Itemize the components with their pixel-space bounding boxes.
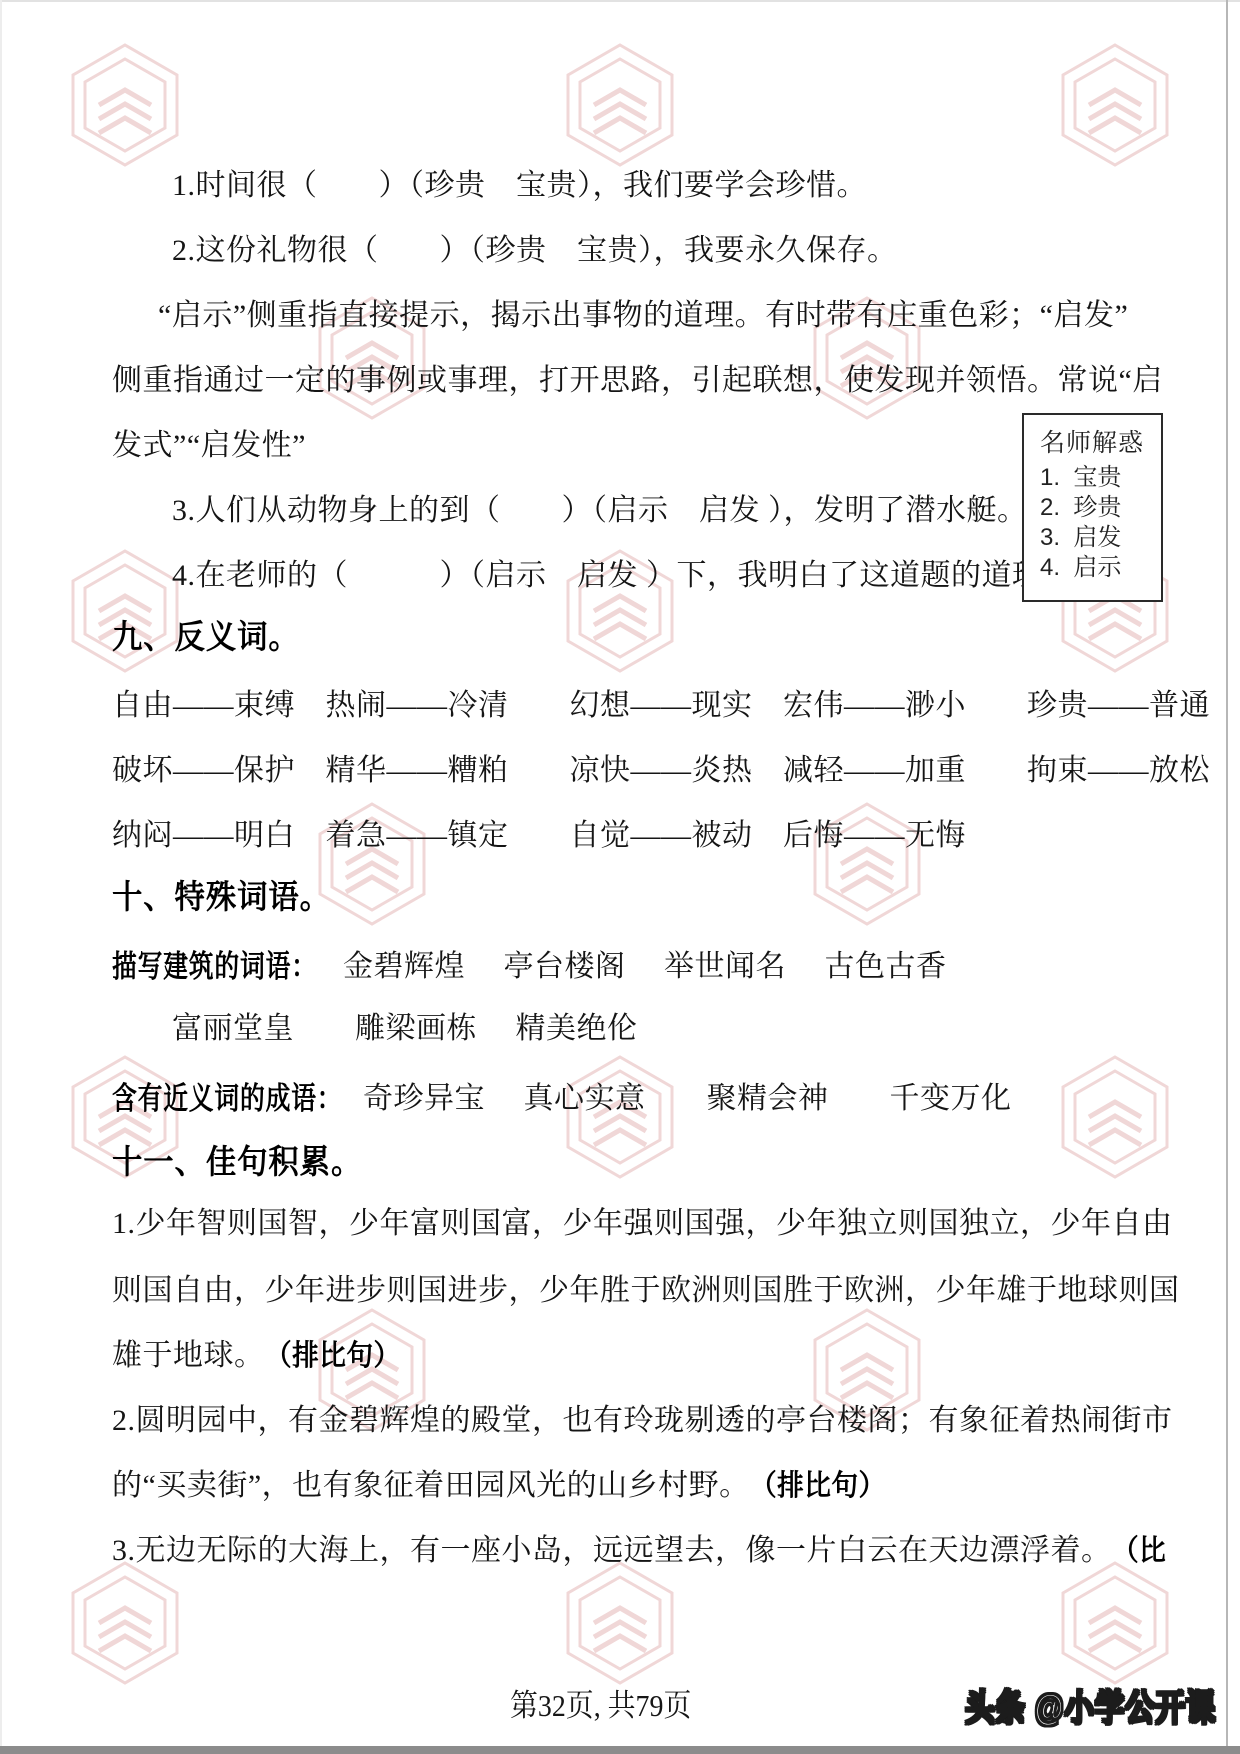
page-edge-right <box>1226 0 1228 1754</box>
note-line-1: “启示”侧重指直接提示，揭示出事物的道理。有时带有庄重色彩；“启发” <box>158 297 1128 335</box>
answer-box-item-4: 4. 启示 <box>1040 547 1121 582</box>
sentence-1-line-3-text: 雄于地球。 <box>112 1339 265 1372</box>
sentence-1-line-3: 雄于地球。（排比句） <box>112 1337 412 1375</box>
sentence-3-line-1-text: 3.无边无际的大海上，有一座小岛，远远望去，像一片白云在天边漂浮着。 <box>112 1534 1112 1567</box>
section-10-heading-text: 十、特殊词语。 <box>112 878 331 916</box>
antonym-row-2: 破坏——保护 精华——糟粕 凉快——炎热 减轻——加重 拘束——放松 <box>112 752 1210 790</box>
answer-box-title: 名师解惑 <box>1040 423 1144 459</box>
question-3-text: 3.人们从动物身上的到（ ）（启示 启发 ），发明了潜水艇。 <box>172 494 1028 527</box>
question-1: 1.时间很（ ）（珍贵 宝贵），我们要学会珍惜。 <box>172 167 867 205</box>
question-2: 2.这份礼物很（ ）（珍贵 宝贵），我要永久保存。 <box>172 232 898 270</box>
section-11-heading: 十一、佳句积累。 <box>112 1143 384 1183</box>
building-words-row-2: 富丽堂皇 雕梁画栋 精美绝伦 <box>172 1010 638 1048</box>
note-line-2-text: 侧重指通过一定的事例或事理，打开思路，引起联想，使发现并领悟。常说“启 <box>112 364 1163 397</box>
sentence-2-line-2-text: 的“买卖街”，也有象征着田园风光的山乡村野。 <box>112 1469 750 1502</box>
question-1-text: 1.时间很（ ）（珍贵 宝贵），我们要学会珍惜。 <box>172 169 867 202</box>
page-edge-top <box>0 0 1240 2</box>
sentence-2-type-tag: （排比句） <box>750 1467 886 1505</box>
sentence-1-line-1: 1.少年智则国智，少年富则国富，少年强则国强，少年独立则国独立，少年自由 <box>112 1205 1173 1243</box>
building-words-label-text: 描写建筑的词语： <box>112 948 317 986</box>
antonym-row-1: 自由——束缚 热闹——冷清 幻想——现实 宏伟——渺小 珍贵——普通 <box>112 687 1210 725</box>
antonym-row-3: 纳闷——明白 着急——镇定 自觉——被动 后悔——无悔 <box>112 817 966 855</box>
question-4: 4.在老师的（ ）（启示 启发 ）下，我明白了这道题的道理。 <box>172 557 1073 595</box>
question-4-text: 4.在老师的（ ）（启示 启发 ）下，我明白了这道题的道理。 <box>172 559 1073 592</box>
sentence-3-type-tag: （比 <box>1112 1532 1166 1570</box>
note-line-1-text: “启示”侧重指直接提示，揭示出事物的道理。有时带有庄重色彩；“启发” <box>158 299 1128 332</box>
section-10-heading: 十、特殊词语。 <box>112 878 350 918</box>
page-edge-left <box>0 0 2 1754</box>
section-9-heading-text: 九、反义词。 <box>112 618 300 656</box>
synonym-idioms-label: 含有近义词的成语： <box>112 1080 400 1119</box>
sentence-3-line-1: 3.无边无际的大海上，有一座小岛，远远望去，像一片白云在天边漂浮着。（比 <box>112 1532 1171 1570</box>
question-2-text: 2.这份礼物很（ ）（珍贵 宝贵），我要永久保存。 <box>172 234 898 267</box>
note-line-3-text: 发式”“启发性” <box>112 429 306 462</box>
question-3: 3.人们从动物身上的到（ ）（启示 启发 ），发明了潜水艇。 <box>172 492 1028 530</box>
note-line-2: 侧重指通过一定的事例或事理，打开思路，引起联想，使发现并领悟。常说“启 <box>112 362 1163 400</box>
page-number: 第32页, 共79页 <box>510 1680 691 1725</box>
sentence-2-line-2: 的“买卖街”，也有象征着田园风光的山乡村野。（排比句） <box>112 1467 897 1505</box>
sentence-2-line-1: 2.圆明园中，有金碧辉煌的殿堂，也有玲珑剔透的亭台楼阁；有象征着热闹街市 <box>112 1402 1173 1440</box>
section-11-heading-text: 十一、佳句积累。 <box>112 1143 362 1181</box>
note-line-3: 发式”“启发性” <box>112 427 306 465</box>
sentence-1-line-2: 则国自由，少年进步则国进步，少年胜于欧洲则国胜于欧洲，少年雄于地球则国 <box>112 1272 1180 1310</box>
teacher-answer-box: 名师解惑 1. 宝贵 2. 珍贵 3. 启发 4. 启示 <box>1022 413 1163 602</box>
building-words-row-1: 金碧辉煌 亭台楼阁 举世闻名 古色古香 <box>343 948 947 986</box>
worksheet-page: 1.时间很（ ）（珍贵 宝贵），我们要学会珍惜。 2.这份礼物很（ ）（珍贵 宝… <box>0 0 1240 1754</box>
building-words-label: 描写建筑的词语： <box>112 948 368 987</box>
page-edge-bottom <box>0 1746 1240 1754</box>
brand-watermark: 头条 @小学公开课 <box>965 1680 1216 1731</box>
synonym-idioms-label-text: 含有近义词的成语： <box>112 1080 342 1118</box>
synonym-idioms-row: 奇珍异宝 真心实意 聚精会神 千变万化 <box>363 1080 1012 1118</box>
sentence-1-type-tag: （排比句） <box>265 1337 401 1375</box>
section-9-heading: 九、反义词。 <box>112 618 316 658</box>
